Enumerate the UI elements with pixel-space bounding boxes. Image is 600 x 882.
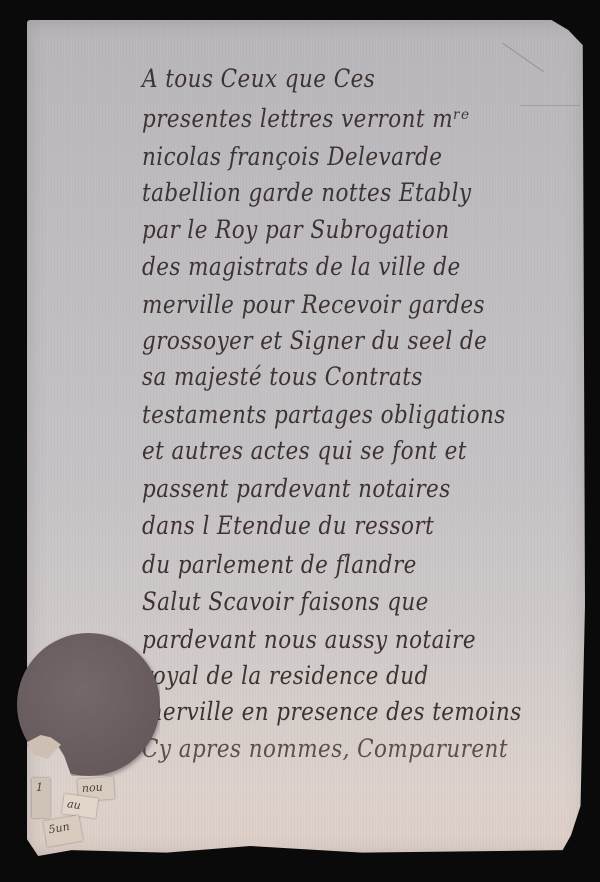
text-line-14: du parlement de flandre [142,550,417,580]
text-line-10: testaments partages obligations [142,400,506,430]
text-line-16: pardevant nous aussy notaire [142,625,476,655]
text-line-7: merville pour Recevoir gardes [142,290,485,320]
text-line-15: Salut Scavoir faisons que [142,587,429,617]
seal-tab-fragment: 1 [32,778,50,818]
text-line-8: grossoyer et Signer du seel de [142,326,487,356]
seal-tab-text: nou [81,781,103,795]
text-line-18: merville en presence des temoins [142,697,522,727]
seal-tab-text: au [66,797,81,812]
text-line-5: par le Roy par Subrogation [142,215,450,245]
text-line-13: dans l Etendue du ressort [142,511,434,541]
manuscript-photo: A tous Ceux que Ces presentes lettres ve… [0,0,600,882]
text-line-11: et autres actes qui se font et [142,436,467,466]
text-line-12: passent pardevant notaires [142,474,451,504]
seal-tab-text: 1 [36,781,43,794]
text-line-4: tabellion garde nottes Etably [142,178,471,208]
seal-tab-text: 5un [47,820,70,836]
text-line-17: royal de la residence dud [142,661,429,691]
text-line-9: sa majesté tous Contrats [142,362,423,392]
text-line-19: Cy apres nommes, Comparurent [142,734,508,764]
text-line-1: A tous Ceux que Ces [142,64,375,94]
ruled-mark [520,105,580,106]
text-line-2: presentes lettres verront mʳᵉ [142,104,470,134]
text-line-3: nicolas françois Delevarde [142,142,442,172]
text-line-6: des magistrats de la ville de [142,252,461,282]
